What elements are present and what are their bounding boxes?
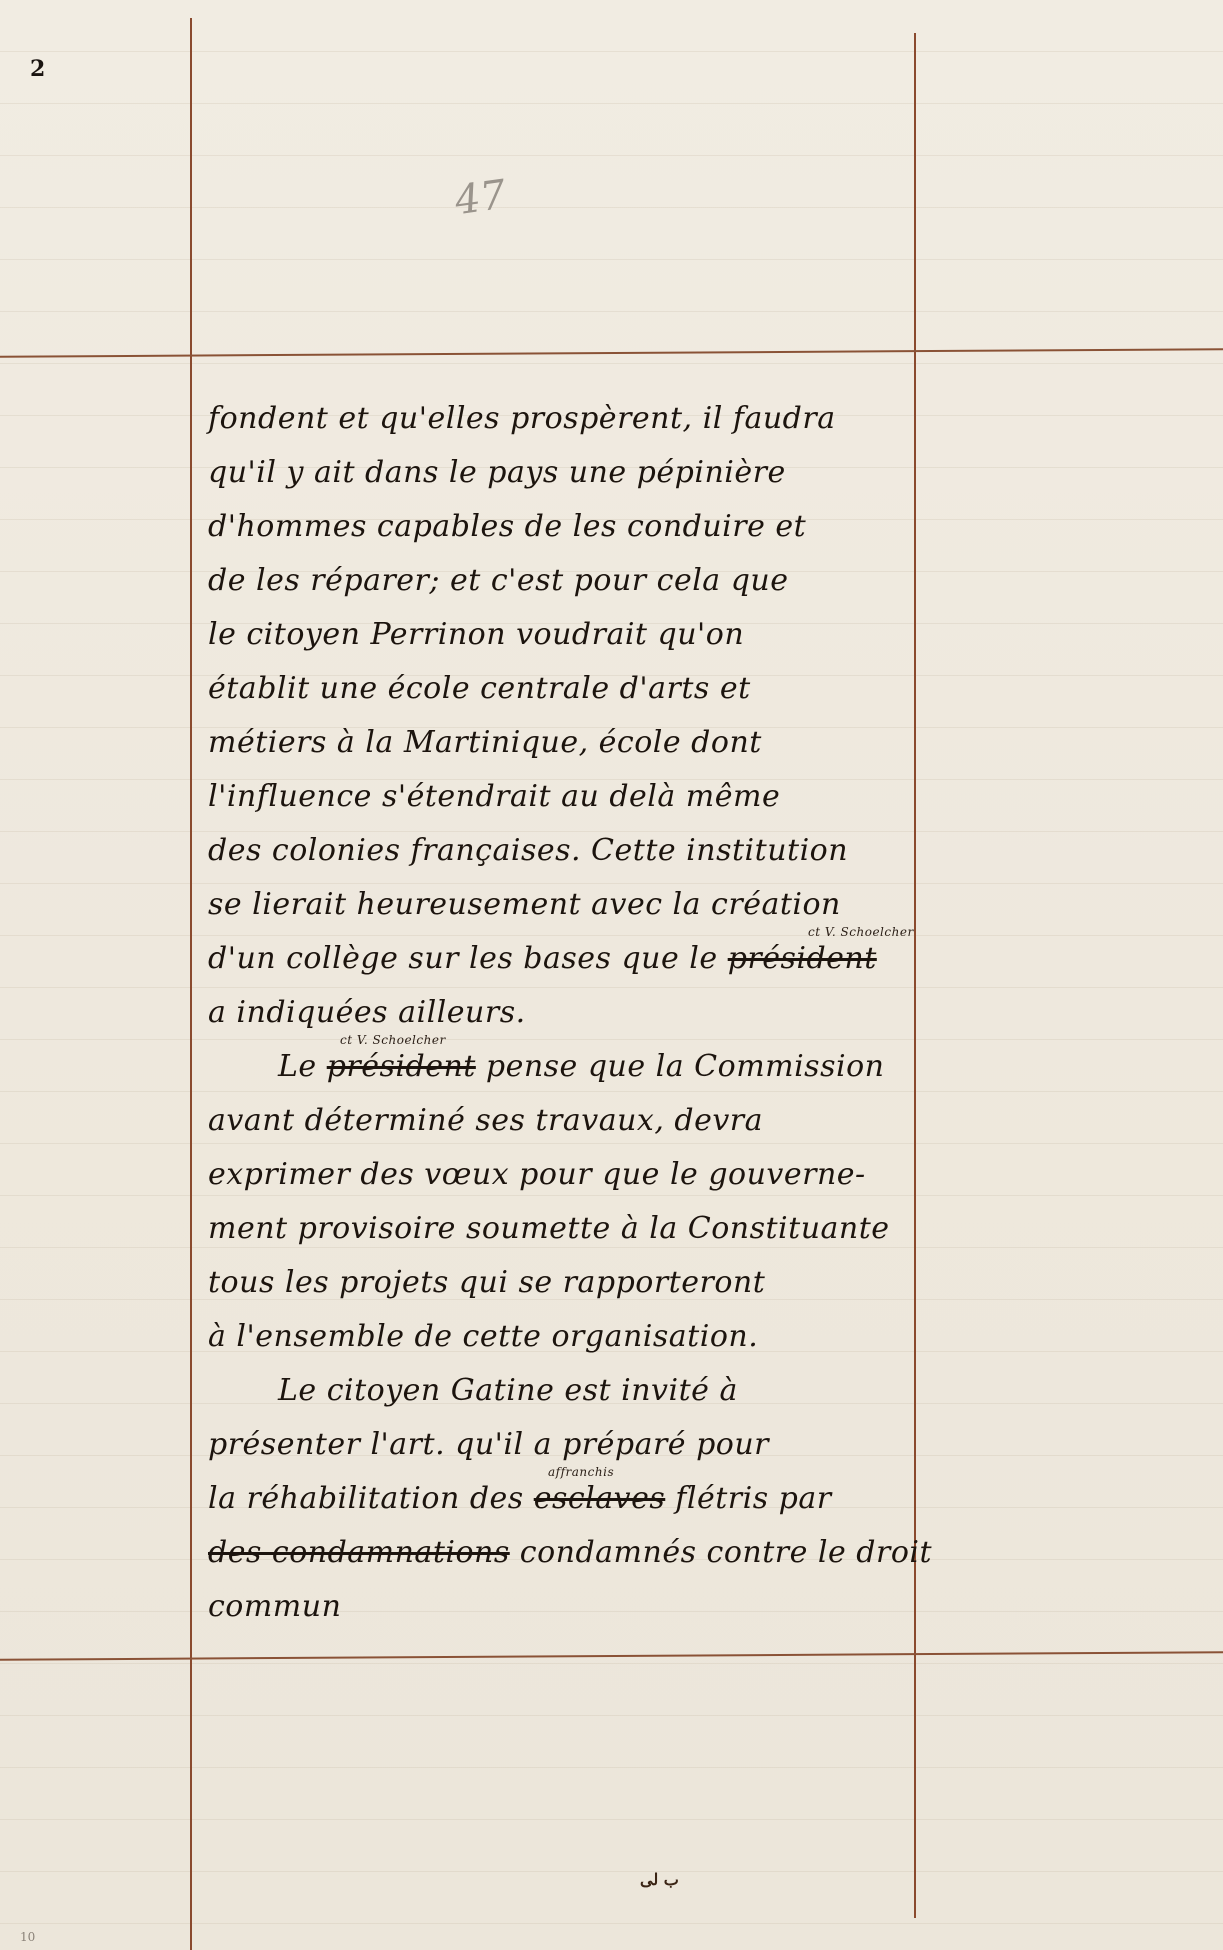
page-marker-bottom-left: 10 [20, 1930, 35, 1944]
text-line: à l'ensemble de cette organisation. [208, 1310, 948, 1364]
text-line: qu'il y ait dans le pays une pépinière [208, 446, 948, 500]
footer-ink-marks: ب لى [640, 1870, 679, 1889]
text-line: tous les projets qui se rapporteront [208, 1256, 948, 1310]
manuscript-page: 2 10 47 fondent et qu'elles prospèrent, … [0, 0, 1223, 1950]
text-line-with-correction: d'un collège sur les bases que le présid… [208, 932, 948, 986]
text-line: fondent et qu'elles prospèrent, il faudr… [208, 392, 948, 446]
struck-word: des condamnations [208, 1535, 510, 1570]
interlinear-insertion: ct V. Schoelcher [808, 926, 914, 938]
folio-number: 47 [452, 172, 509, 225]
text-line: Le citoyen Gatine est invité à [208, 1364, 948, 1418]
interlinear-insertion: ct V. Schoelcher [340, 1034, 446, 1046]
text-line: métiers à la Martinique, école dont [208, 716, 948, 770]
text-line: exprimer des vœux pour que le gouverne- [208, 1148, 948, 1202]
text-line: le citoyen Perrinon voudrait qu'on [208, 608, 948, 662]
text-line: d'hommes capables de les conduire et [208, 500, 948, 554]
text-segment: la réhabilitation des [208, 1481, 534, 1516]
text-line: avant déterminé ses travaux, devra [208, 1094, 948, 1148]
manuscript-text: fondent et qu'elles prospèrent, il faudr… [208, 392, 948, 1634]
text-line: ment provisoire soumette à la Constituan… [208, 1202, 948, 1256]
text-line-with-correction: la réhabilitation des esclaves flétris p… [208, 1472, 948, 1526]
left-margin-rule [190, 18, 192, 1950]
interlinear-insertion: affranchis [548, 1466, 614, 1478]
text-line: a indiquées ailleurs. [208, 986, 948, 1040]
text-line: de les réparer; et c'est pour cela que [208, 554, 948, 608]
text-segment: d'un collège sur les bases que le [208, 941, 728, 976]
text-line-with-correction: des condamnations condamnés contre le dr… [208, 1526, 948, 1580]
text-segment: Le [278, 1049, 327, 1084]
text-line: présenter l'art. qu'il a préparé pour [208, 1418, 948, 1472]
struck-word: président [728, 941, 877, 976]
text-line: se lierait heureusement avec la création [208, 878, 948, 932]
text-line: commun [208, 1580, 948, 1634]
text-segment: condamnés contre le droit [510, 1535, 932, 1570]
text-line: l'influence s'étendrait au delà même [208, 770, 948, 824]
text-segment: pense que la Commission [476, 1049, 885, 1084]
page-marker-top-left: 2 [30, 56, 45, 82]
text-line: établit une école centrale d'arts et [208, 662, 948, 716]
text-segment: flétris par [665, 1481, 831, 1516]
struck-word: esclaves [534, 1481, 666, 1516]
text-line: des colonies françaises. Cette instituti… [208, 824, 948, 878]
struck-word: président [327, 1049, 476, 1084]
text-line-with-correction: Le président pense que la Commission ct … [208, 1040, 948, 1094]
